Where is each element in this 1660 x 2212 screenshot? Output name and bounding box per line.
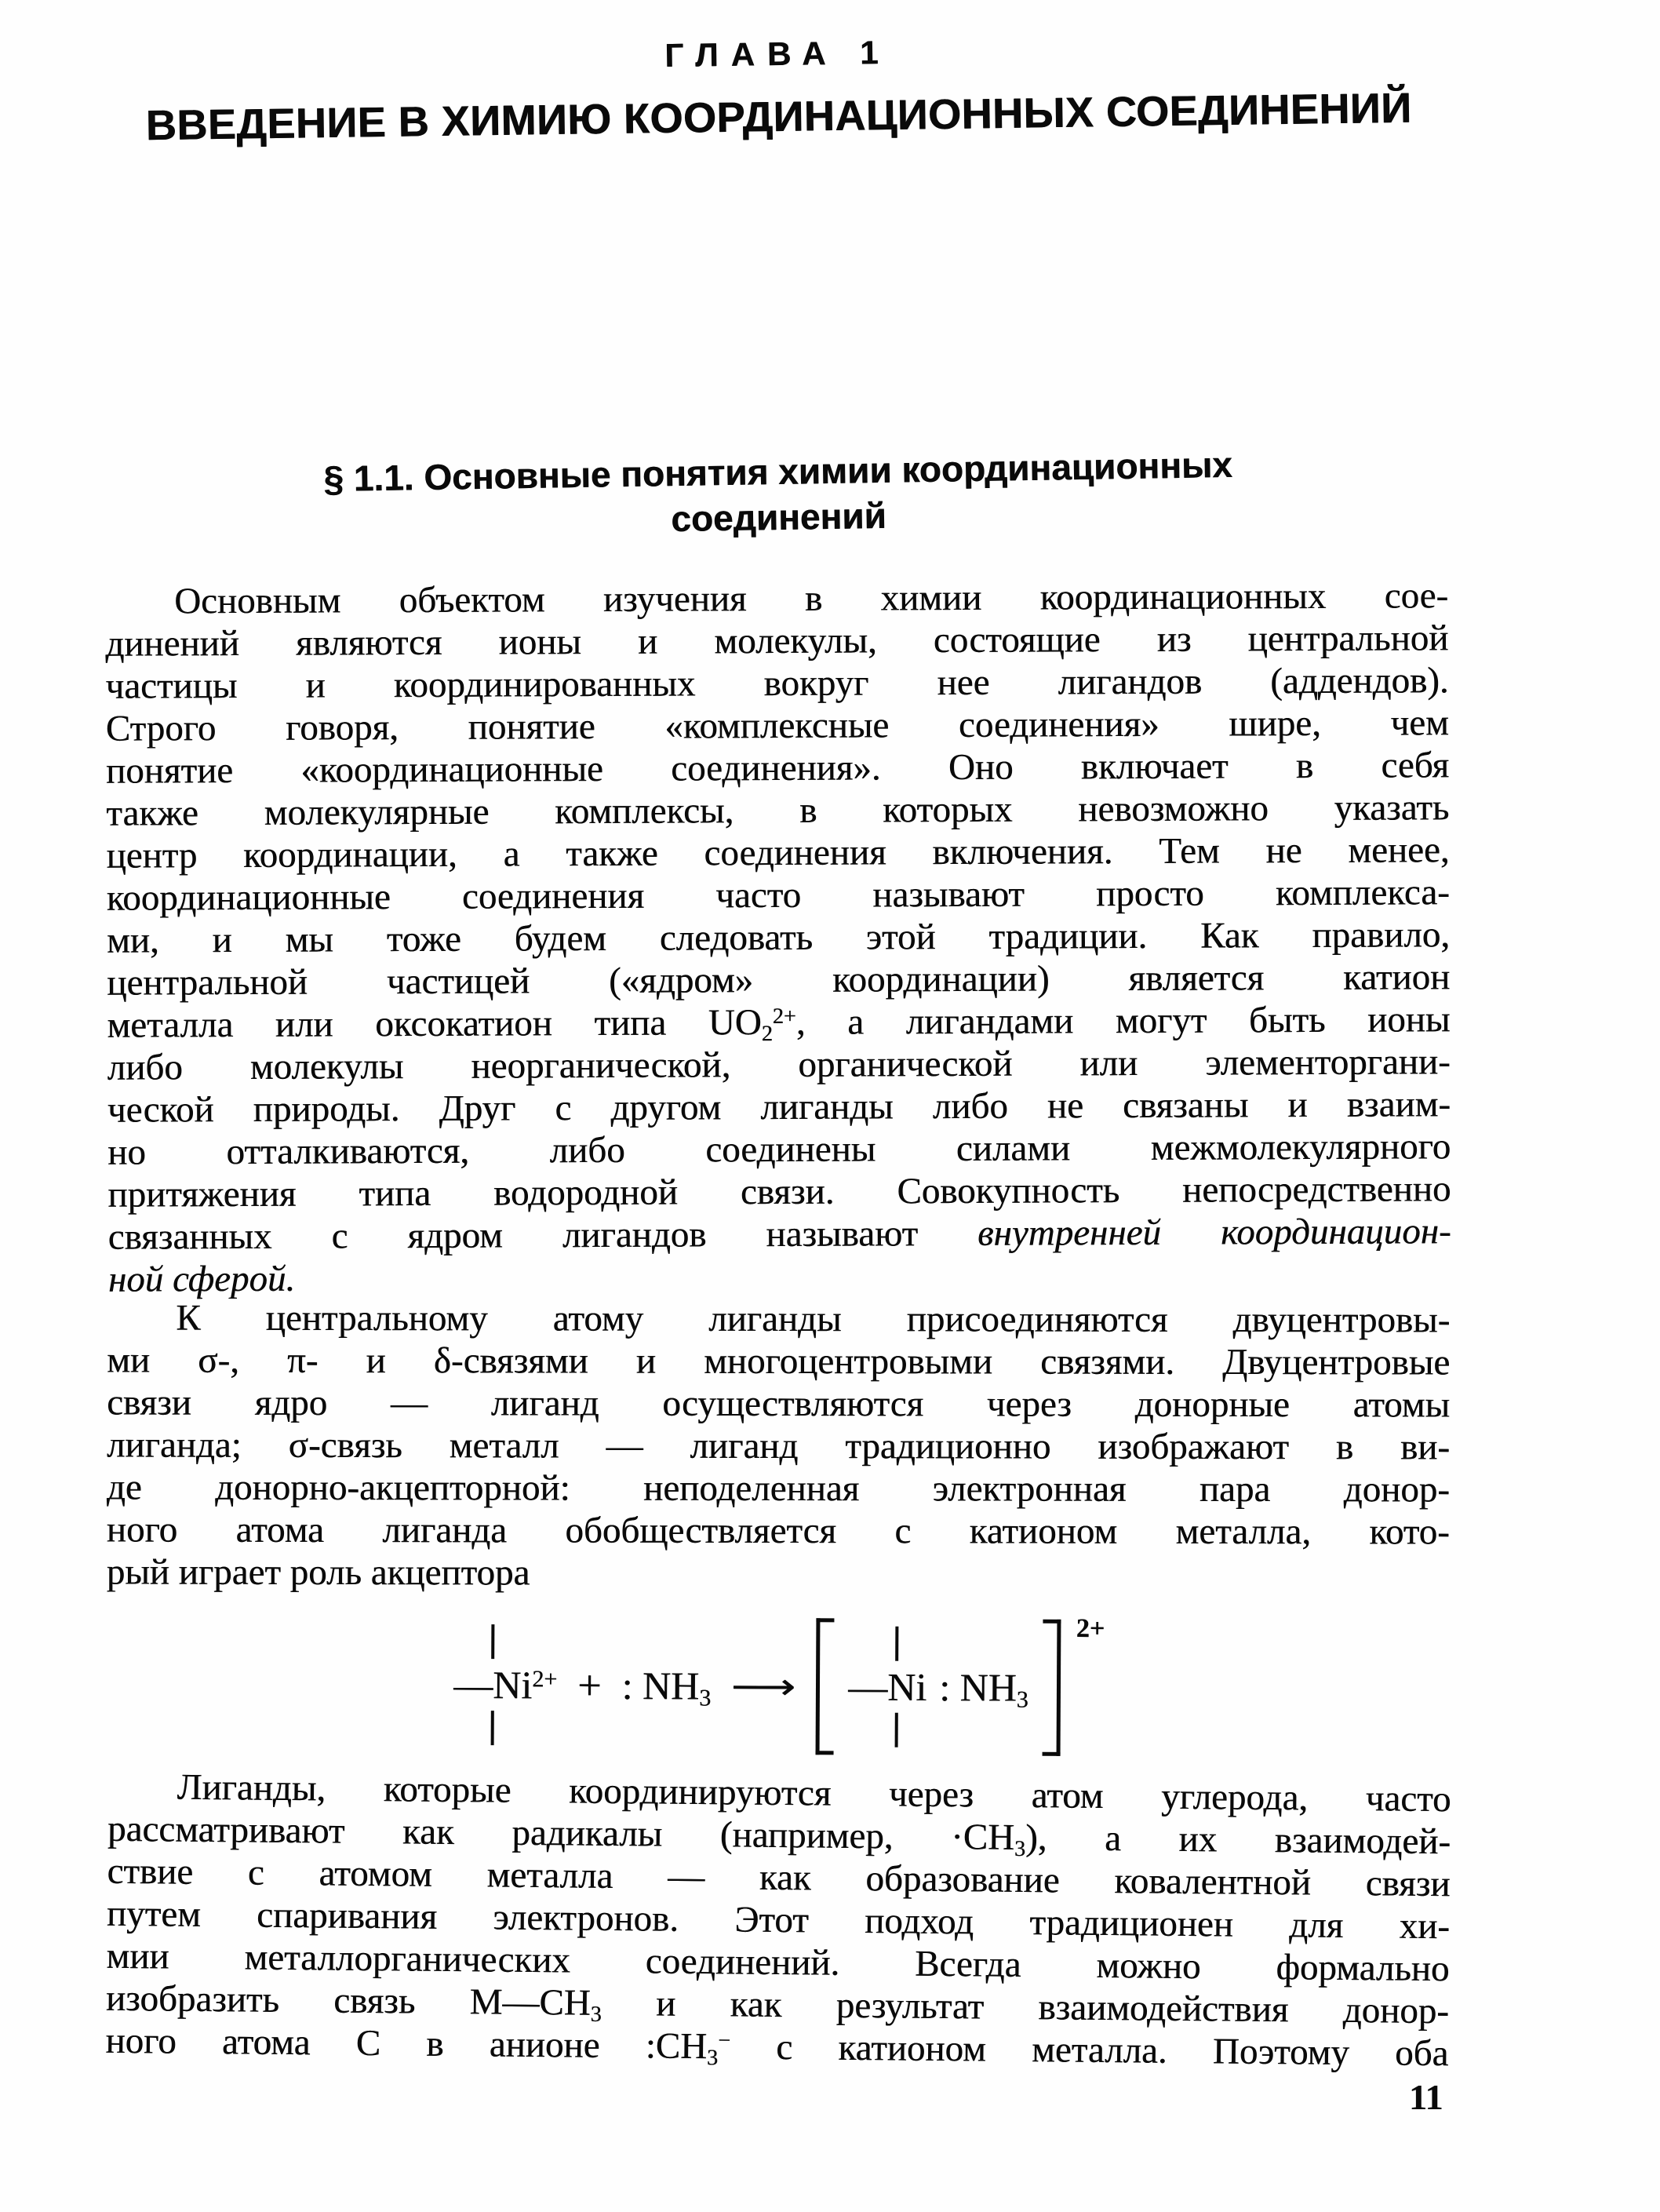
text-line: центр координации, а также соединения вк…: [106, 829, 1449, 876]
text-line: понятие «координационные соединения». Он…: [106, 744, 1449, 792]
section-heading: § 1.1. Основные понятия химии координаци…: [106, 439, 1451, 551]
paragraph-2: К центральному атому лиганды присоединяю…: [107, 1297, 1451, 1596]
lhs-bond-dash: —: [453, 1663, 493, 1707]
text-line: рый играет роль акцептора: [107, 1551, 1450, 1596]
text-line: ческой природы. Друг с другом лиганды ли…: [107, 1083, 1451, 1131]
chapter-header: ГЛАВА 1 ВВЕДЕНИЕ В ХИМИЮ КООРДИНАЦИОННЫХ…: [106, 25, 1451, 151]
chemical-equation: —Ni2+ + : NH3 ⟶ —Ni: [453, 1616, 1103, 1756]
chapter-title: ВВЕДЕНИЕ В ХИМИЮ КООРДИНАЦИОННЫХ СОЕДИНЕ…: [107, 83, 1451, 151]
text-line: связи ядро — лиганд осуществляются через…: [107, 1382, 1450, 1427]
rhs-nickel-fragment: —Ni: [848, 1626, 927, 1747]
bond-line-bottom-icon: [491, 1711, 494, 1745]
rhs-complex-inner: —Ni : NH3: [834, 1618, 1043, 1755]
paragraph-3: Лиганды, которые координируются через ат…: [105, 1766, 1451, 2075]
left-bracket-icon: [816, 1618, 835, 1755]
rhs-ammonia-subscript: 3: [1017, 1687, 1028, 1713]
text-line: де донорно-акцепторной: неподеленная эле…: [107, 1467, 1450, 1511]
page-content: ГЛАВА 1 ВВЕДЕНИЕ В ХИМИЮ КООРДИНАЦИОННЫХ…: [107, 35, 1450, 2068]
plus-operator: +: [577, 1664, 602, 1707]
text-line: ми σ-, π- и δ-связями и многоцентровыми …: [107, 1339, 1450, 1384]
body-text: Основным объектом изучения в химии коорд…: [107, 578, 1450, 2068]
equation-block: —Ni2+ + : NH3 ⟶ —Ni: [107, 1615, 1451, 1758]
complex-charge: 2+: [1076, 1607, 1105, 1651]
text-line: ной сферой.: [108, 1252, 1451, 1300]
rhs-ammonia-term: : NH3: [939, 1665, 1028, 1710]
lhs-nickel-fragment: —Ni2+: [453, 1624, 558, 1746]
text-line: но отталкиваются, либо соединены силами …: [107, 1125, 1451, 1173]
page-number: 11: [1409, 2076, 1443, 2118]
reaction-arrow-icon: ⟶: [731, 1664, 796, 1708]
bond-line-top-icon: [895, 1627, 898, 1661]
rhs-complex: —Ni : NH3 2+: [816, 1618, 1061, 1756]
text-line: Основным объектом изучения в химии коорд…: [105, 574, 1448, 622]
ammonia-term: : NH3: [621, 1664, 711, 1708]
text-line: либо молекулы неорганической, органическ…: [107, 1040, 1451, 1088]
ammonia-subscript: 3: [699, 1685, 711, 1711]
rhs-bond-dash: —: [848, 1664, 887, 1708]
lhs-metal-term: —Ni2+: [453, 1663, 557, 1707]
rhs-metal-symbol: Ni: [887, 1665, 926, 1709]
text-line: К центральному атому лиганды присоединяю…: [107, 1297, 1450, 1342]
text-line: лиганда; σ-связь металл — лиганд традици…: [107, 1424, 1450, 1469]
lhs-metal-symbol: Ni: [493, 1663, 532, 1707]
bond-line-bottom-icon: [895, 1713, 898, 1747]
book-page: ГЛАВА 1 ВВЕДЕНИЕ В ХИМИЮ КООРДИНАЦИОННЫХ…: [0, 0, 1660, 2212]
text-line: связанных с ядром лигандов называют внут…: [108, 1210, 1451, 1258]
bond-line-top-icon: [491, 1624, 494, 1659]
chapter-number: ГЛАВА 1: [106, 25, 1450, 83]
rhs-metal-term: —Ni: [848, 1664, 926, 1709]
text-line: притяжения типа водородной связи. Совоку…: [107, 1168, 1451, 1215]
text-line: также молекулярные комплексы, в которых …: [106, 786, 1449, 834]
text-line: ми, и мы тоже будем следовать этой тради…: [107, 913, 1450, 961]
paragraph-1: Основным объектом изучения в химии коорд…: [105, 574, 1451, 1300]
ammonia-formula: : NH: [621, 1664, 699, 1708]
text-line: ного атома лиганда обобществляется с кат…: [107, 1509, 1450, 1554]
text-line: металла или оксокатион типа UO22+, а лиг…: [107, 998, 1450, 1046]
text-line: Строго говоря, понятие «комплексные соед…: [106, 701, 1449, 749]
text-line: частицы и координированных вокруг нее ли…: [105, 659, 1448, 707]
text-line: координационные соединения часто называю…: [107, 871, 1450, 919]
text-line: центральной частицей («ядром» координаци…: [107, 956, 1450, 1004]
right-bracket-icon: [1042, 1620, 1061, 1756]
rhs-ammonia-formula: : NH: [939, 1665, 1017, 1710]
text-line: динений являются ионы и молекулы, состоя…: [105, 617, 1448, 665]
lhs-charge: 2+: [532, 1666, 557, 1692]
